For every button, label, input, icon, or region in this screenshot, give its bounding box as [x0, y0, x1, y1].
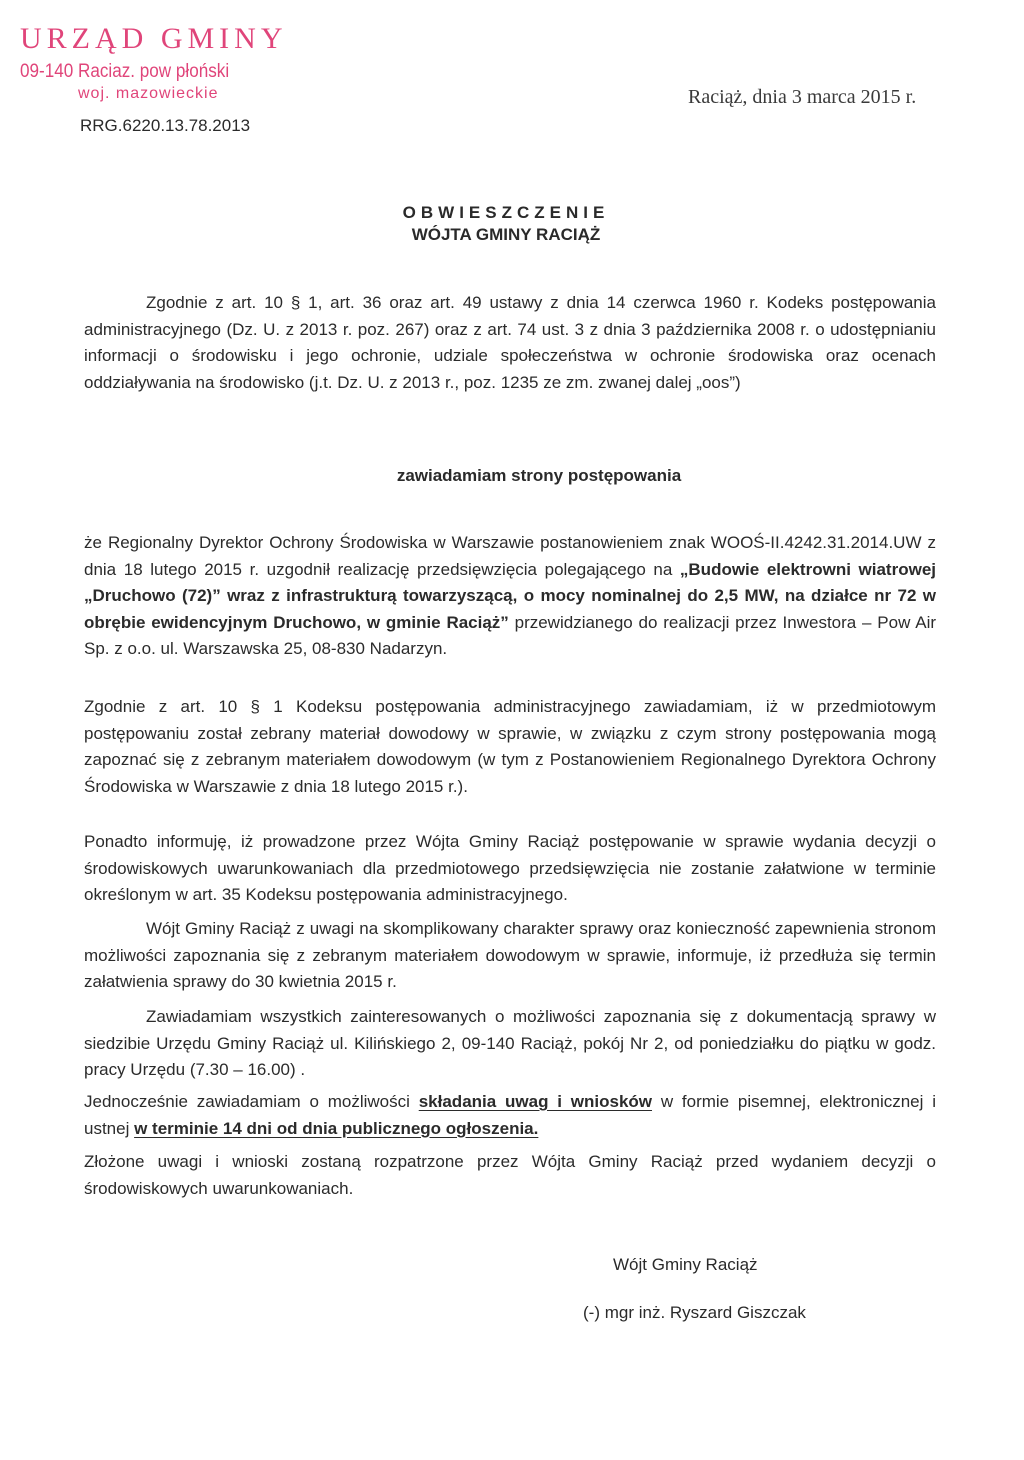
stamp-voivodeship: woj. mazowieckie	[78, 84, 300, 104]
reference-number: RRG.6220.13.78.2013	[80, 116, 250, 136]
paragraph-decision: że Regionalny Dyrektor Ochrony Środowisk…	[84, 530, 936, 663]
comments-highlight: składania uwag i wniosków	[419, 1092, 652, 1111]
stamp-title: URZĄD GMINY	[20, 22, 300, 56]
paragraph-comments: Jednocześnie zawiadamiam o możliwości sk…	[84, 1089, 936, 1142]
document-date: Raciąż, dnia 3 marca 2015 r.	[688, 86, 916, 109]
paragraph-deadline-notice: Ponadto informuję, iż prowadzone przez W…	[84, 829, 936, 909]
paragraph-extension: Wójt Gminy Raciąż z uwagi na skomplikowa…	[84, 916, 936, 996]
para6-text-a: Jednocześnie zawiadamiam o możliwości	[84, 1092, 419, 1111]
paragraph-documentation: Zawiadamiam wszystkich zainteresowanych …	[84, 1004, 936, 1084]
paragraph-evidence: Zgodnie z art. 10 § 1 Kodeksu postępowan…	[84, 694, 936, 800]
signature-title: Wójt Gminy Raciąż	[613, 1255, 758, 1275]
deadline-highlight: w terminie 14 dni od dnia publicznego og…	[134, 1119, 538, 1138]
intro-paragraph: Zgodnie z art. 10 § 1, art. 36 oraz art.…	[84, 290, 936, 396]
office-stamp: URZĄD GMINY 09-140 Raciaz. pow płoński w…	[20, 22, 300, 104]
heading-line1: OBWIESZCZENIE	[0, 202, 1012, 224]
document-heading: OBWIESZCZENIE WÓJTA GMINY RACIĄŻ	[0, 202, 1012, 246]
heading-line2: WÓJTA GMINY RACIĄŻ	[0, 224, 1012, 246]
notice-line: zawiadamiam strony postępowania	[0, 466, 1024, 486]
paragraph-review: Złożone uwagi i wnioski zostaną rozpatrz…	[84, 1149, 936, 1202]
signature-name: (-) mgr inż. Ryszard Giszczak	[583, 1303, 806, 1323]
stamp-address: 09-140 Raciaz. pow płoński	[20, 60, 272, 84]
